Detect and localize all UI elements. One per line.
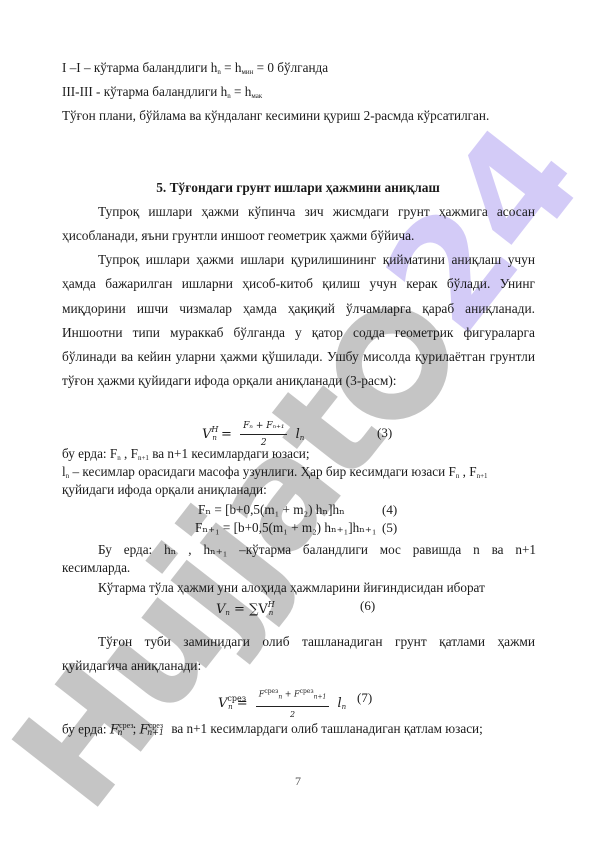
math-symbol: = ∑V (230, 602, 268, 617)
text: = 0 бўлганда (253, 60, 328, 75)
document-page: Hujjat24 I –I – кўтарма баландлиги hn = … (0, 0, 596, 842)
where-line-2: ln – кесимлар орасидаги масофа узунлиги.… (62, 464, 488, 484)
subscript: n+1 (314, 694, 327, 701)
subscript: n+1 (138, 454, 149, 462)
superscript: H (211, 425, 218, 434)
text: ; (133, 721, 140, 736)
intro-line-1: I –I – кўтарма баландлиги hn = hмин = 0 … (62, 60, 328, 80)
where-line-5: кесимларда. (62, 560, 130, 576)
equation-number-7: (7) (357, 690, 372, 706)
formula-6: Vn = ∑VHn (216, 597, 273, 621)
intro-line-3: Тўғон плани, бўйлама ва кўндаланг кесими… (62, 108, 489, 124)
subscript: n (228, 703, 233, 711)
where-line-6: бу ерда: Fсрезn; Fсрезn+1 ва n+1 кесимла… (62, 718, 483, 741)
superscript: H (268, 600, 275, 609)
fraction: Fсрезn + Fсрезn+1 2 (256, 684, 330, 723)
subscript: мин (241, 68, 253, 76)
text: = h (221, 60, 242, 75)
equation-number-4: (4) (382, 502, 397, 518)
equation-number-3: (3) (377, 425, 392, 441)
subscript: n (278, 694, 282, 701)
subscript: n (342, 703, 347, 711)
text: , F (459, 464, 476, 479)
subscript: n+1 (147, 728, 164, 737)
subscript: n (300, 434, 305, 442)
equation-number-6: (6) (360, 598, 375, 614)
subscript: n (269, 609, 274, 617)
subscript: n+1 (477, 472, 488, 480)
text: ва n+1 кесимлардаги олиб ташланадиган қа… (168, 721, 483, 736)
subscript: n (212, 434, 217, 442)
page-content: I –I – кўтарма баландлиги hn = hмин = 0 … (0, 0, 596, 842)
text: I –I – кўтарма баландлиги h (62, 60, 217, 75)
paragraph-1: Тупроқ ишлари ҳажми кўпинча зич жисмдаги… (62, 200, 535, 249)
paragraph-4: Тўғон туби заминидаги олиб ташланадиган … (62, 630, 535, 679)
paragraph-3: Кўтарма тўла ҳажми уни алоҳида ҳажмларин… (98, 580, 485, 596)
text: – кесимлар орасидаги масофа узунлиги. Ҳа… (69, 464, 456, 479)
formula-7: Vсрезn = Fсрезn + Fсрезn+1 2 ln (218, 684, 346, 723)
numerator: Fₙ + Fₙ₊₁ (240, 418, 287, 435)
formula-4: Fₙ = [b+0,5(m₁ + m₂) hₙ]hₙ (198, 502, 345, 518)
paragraph-2: Тупроқ ишлари ҳажми ишлари қурилишининг … (62, 248, 535, 394)
superscript: срез (264, 688, 278, 695)
math-symbol: V (216, 602, 225, 617)
intro-line-2: III-III - кўтарма баландлиги hn = hмак (62, 84, 262, 104)
math-symbol: V (218, 696, 227, 711)
superscript: срез (300, 688, 314, 695)
equation-number-5: (5) (382, 520, 397, 536)
where-line-1: бу ерда: Fn , Fn+1 ва n+1 кесимлардаги ю… (62, 446, 310, 466)
section-heading: 5. Тўғондаги грунт ишлари ҳажмини аниқла… (0, 180, 596, 196)
math-symbol: V (202, 427, 211, 442)
text: ва n+1 кесимлардаги юзаси; (149, 446, 310, 461)
text: , F (121, 446, 138, 461)
subscript: мак (251, 92, 262, 100)
text: = h (231, 84, 252, 99)
where-line-4: Бу ерда: hₙ , hₙ₊₁ –кўтарма баландлиги м… (98, 542, 536, 558)
subscript: n (117, 728, 122, 737)
page-number: 7 (0, 774, 596, 789)
text: бу ерда: (62, 721, 110, 736)
where-line-3: қуйидаги ифода орқали аниқланади: (62, 482, 267, 498)
numerator: Fсрезn + Fсрезn+1 (256, 684, 330, 707)
text: III-III - кўтарма баландлиги h (62, 84, 227, 99)
text: бу ерда: F (62, 446, 117, 461)
formula-5: Fₙ₊₁ = [b+0,5(m₁ + m₂) hₙ₊₁]hₙ₊₁ (195, 520, 376, 536)
